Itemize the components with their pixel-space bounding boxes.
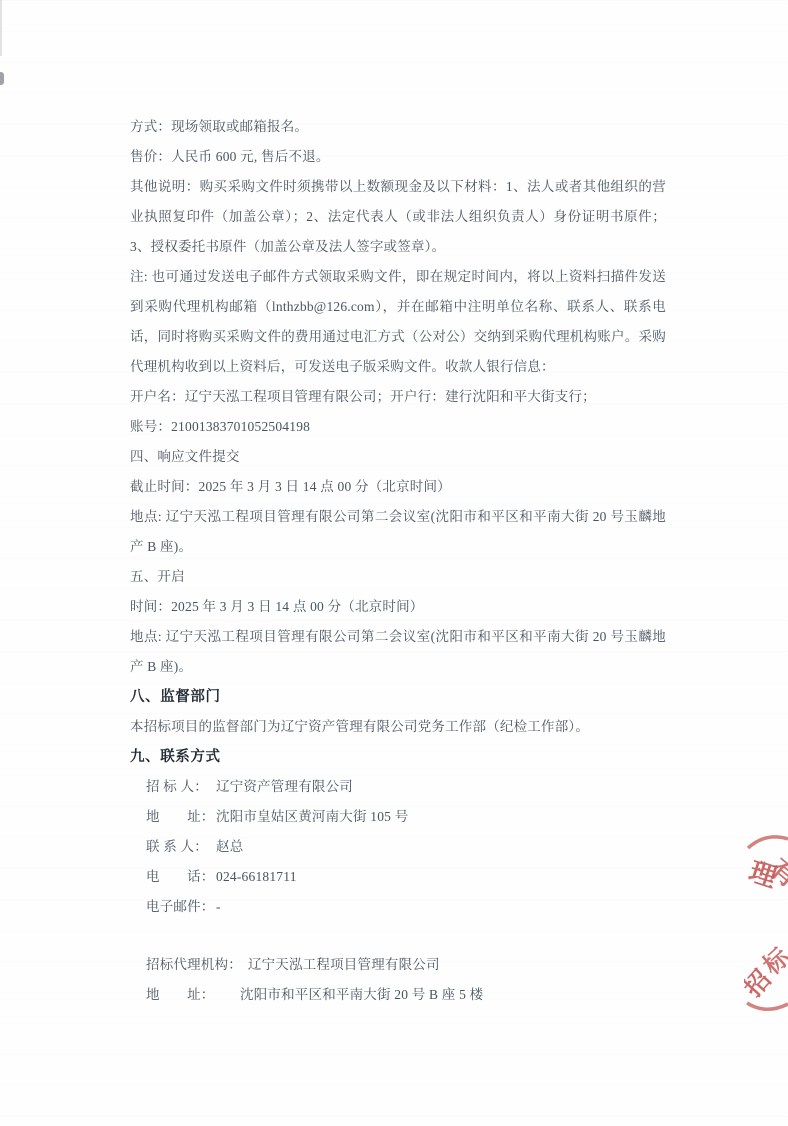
open-location-paragraph: 地点: 辽宁天泓工程项目管理有限公司第二会议室(沈阳市和平区和平南大街 20 号…	[130, 622, 666, 682]
seal-arc-and-text-icon: 理 有	[746, 826, 788, 922]
section-8-title: 八、监督部门	[130, 682, 666, 712]
submit-deadline-line: 截止时间：2025 年 3 月 3 日 14 点 00 分（北京时间）	[130, 472, 666, 502]
purchase-method-line: 方式：现场领取或邮箱报名。	[130, 112, 666, 142]
agency-label: 招标代理机构：	[146, 950, 242, 980]
contact-value: -	[216, 899, 221, 914]
agency-value: 沈阳市和平区和平南大街 20 号 B 座 5 楼	[234, 987, 483, 1002]
section-5-title: 五、开启	[130, 562, 666, 592]
contact-row-phone: 电 话：024-66181711	[146, 862, 666, 892]
contact-label: 地 址：	[146, 802, 216, 832]
contact-list: 招 标 人：辽宁资产管理有限公司 地 址：沈阳市皇姑区黄河南大街 105 号 联…	[130, 772, 666, 922]
contact-label: 电 话：	[146, 862, 216, 892]
agency-block: 招标代理机构：辽宁天泓工程项目管理有限公司 地 址：沈阳市和平区和平南大街 20…	[130, 950, 666, 1010]
purchase-other-notes-paragraph: 其他说明：购买采购文件时须携带以上数额现金及以下材料：1、法人或者其他组织的营业…	[130, 172, 666, 262]
contact-label: 招 标 人：	[146, 772, 216, 802]
bank-account-name-line: 开户名：辽宁天泓工程项目管理有限公司；开户行：建行沈阳和平大街支行；	[130, 382, 666, 412]
bank-account-number-line: 账号：21001383701052504198	[130, 412, 666, 442]
agency-value: 辽宁天泓工程项目管理有限公司	[242, 957, 440, 972]
supervision-body-line: 本招标项目的监督部门为辽宁资产管理有限公司党务工作部（纪检工作部）。	[130, 712, 666, 742]
contact-label: 联 系 人：	[146, 832, 216, 862]
submit-location-paragraph: 地点: 辽宁天泓工程项目管理有限公司第二会议室(沈阳市和平区和平南大街 20 号…	[130, 502, 666, 562]
seal-arc-and-text-icon: 招 标	[744, 925, 788, 1021]
contact-value: 辽宁资产管理有限公司	[216, 779, 353, 794]
contact-row-email: 电子邮件：-	[146, 892, 666, 922]
red-seal-fragment-upper: 理 有	[746, 826, 788, 922]
agency-row-name: 招标代理机构：辽宁天泓工程项目管理有限公司	[146, 950, 666, 980]
purchase-price-line: 售价：人民币 600 元, 售后不退。	[130, 142, 666, 172]
contact-row-person: 联 系 人：赵总	[146, 832, 666, 862]
document-body: 方式：现场领取或邮箱报名。 售价：人民币 600 元, 售后不退。 其他说明：购…	[0, 0, 788, 1010]
purchase-email-note-paragraph: 注: 也可通过发送电子邮件方式领取采购文件，即在规定时间内，将以上资料扫描件发送…	[130, 262, 666, 382]
contact-row-address: 地 址：沈阳市皇姑区黄河南大街 105 号	[146, 802, 666, 832]
scanned-document-page: 方式：现场领取或邮箱报名。 售价：人民币 600 元, 售后不退。 其他说明：购…	[0, 0, 788, 1126]
contact-row-bidder: 招 标 人：辽宁资产管理有限公司	[146, 772, 666, 802]
red-seal-fragment-lower: 招 标	[744, 925, 788, 1021]
open-time-line: 时间：2025 年 3 月 3 日 14 点 00 分（北京时间）	[130, 592, 666, 622]
contact-value: 024-66181711	[216, 869, 297, 884]
agency-label: 地 址：	[146, 980, 234, 1010]
section-4-title: 四、响应文件提交	[130, 442, 666, 472]
section-9-title: 九、联系方式	[130, 742, 666, 772]
contact-value: 赵总	[216, 839, 243, 854]
agency-row-address: 地 址：沈阳市和平区和平南大街 20 号 B 座 5 楼	[146, 980, 666, 1010]
contact-value: 沈阳市皇姑区黄河南大街 105 号	[216, 809, 408, 824]
contact-label: 电子邮件：	[146, 892, 216, 922]
